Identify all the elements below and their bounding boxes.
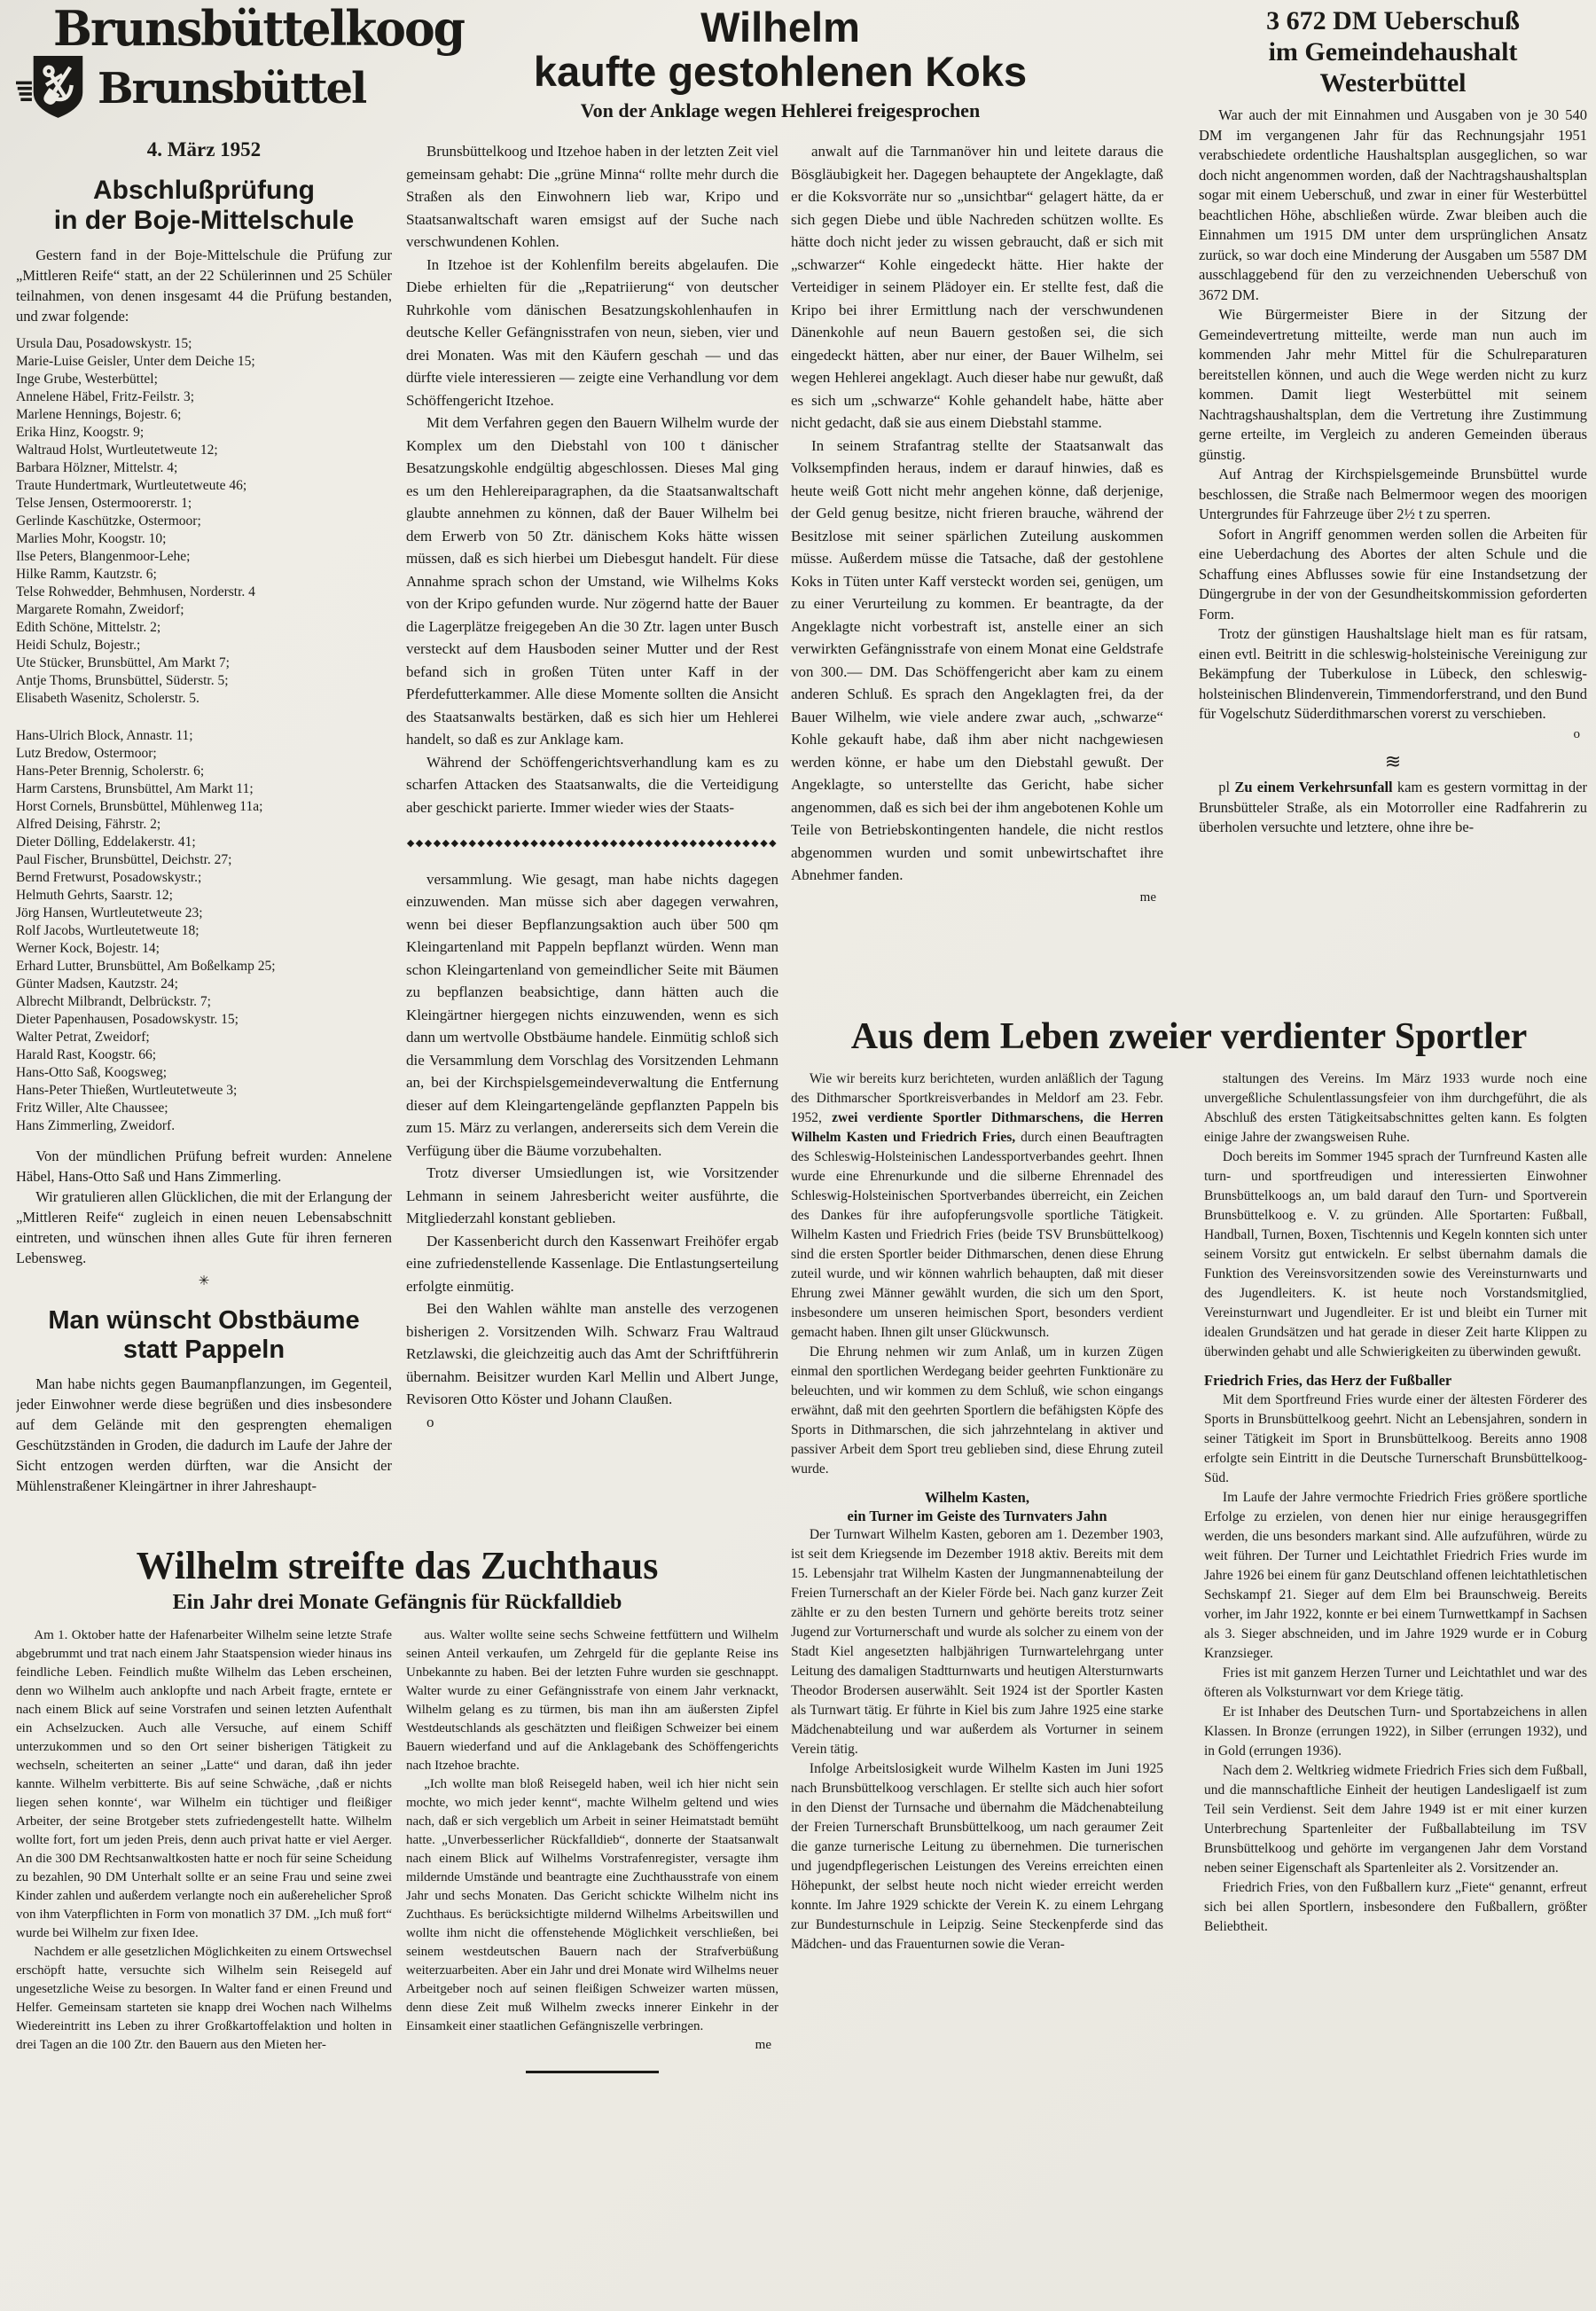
body-paragraph: Trotz der günstigen Haushaltslage hielt … bbox=[1199, 624, 1587, 725]
body-paragraph: In Itzehoe ist der Kohlenfilm bereits ab… bbox=[406, 254, 778, 412]
masthead-title-line1: Brunsbüttelkoog bbox=[16, 3, 397, 57]
graduate-name: Marlies Mohr, Koogstr. 10; bbox=[16, 530, 392, 548]
graduate-name: Günter Madsen, Kautzstr. 24; bbox=[16, 975, 392, 993]
body-paragraph: Während der Schöffengerichtsverhandlung … bbox=[406, 751, 778, 819]
bottom-rule bbox=[526, 2071, 659, 2073]
diamond-divider: ◆◆◆◆◆◆◆◆◆◆◆◆◆◆◆◆◆◆◆◆◆◆◆◆◆◆◆◆◆◆◆◆◆◆◆◆◆◆◆◆… bbox=[406, 833, 778, 856]
sportler-column-right: staltungen des Vereins. Im März 1933 wur… bbox=[1204, 1069, 1587, 1955]
body-paragraph: aus. Walter wollte seine sechs Schweine … bbox=[406, 1626, 778, 1775]
graduate-name: Dieter Dölling, Eddelakerstr. 41; bbox=[16, 834, 392, 851]
kasten-subhead: Wilhelm Kasten, ein Turner im Geiste des… bbox=[791, 1488, 1163, 1525]
body-paragraph: versammlung. Wie gesagt, man habe nichts… bbox=[406, 868, 778, 1163]
graduate-name: Margarete Romahn, Zweidorf; bbox=[16, 601, 392, 619]
graduate-name: Paul Fischer, Brunsbüttel, Deichstr. 27; bbox=[16, 851, 392, 869]
koks-headline-block: Wilhelm kaufte gestohlenen Koks Von der … bbox=[399, 5, 1162, 122]
graduate-name: Hans-Peter Brennig, Scholerstr. 6; bbox=[16, 763, 392, 780]
obstbaeume-headline-line1: Man wünscht Obstbäume bbox=[16, 1306, 392, 1336]
graduate-name: Ursula Dau, Posadowskystr. 15; bbox=[16, 335, 392, 353]
graduate-name: Gerlinde Kaschützke, Ostermoor; bbox=[16, 513, 392, 530]
westerbuettel-headline-line3: Westerbüttel bbox=[1199, 67, 1587, 98]
zuchthaus-headline: Wilhelm streifte das Zuchthaus bbox=[16, 1545, 778, 1587]
graduate-name: Edith Schöne, Mittelstr. 2; bbox=[16, 619, 392, 637]
body-paragraph: Fries ist mit ganzem Herzen Turner und L… bbox=[1204, 1664, 1587, 1703]
body-paragraph: Die Ehrung nehmen wir zum Anlaß, um in k… bbox=[791, 1343, 1163, 1479]
column-c-upper: anwalt auf die Tarnmanöver hin und leite… bbox=[791, 140, 1163, 1014]
article-westerbuettel: 3 672 DM Ueberschuß im Gemeindehaushalt … bbox=[1199, 5, 1587, 772]
body-paragraph: Nach dem 2. Weltkrieg widmete Friedrich … bbox=[1204, 1761, 1587, 1878]
graduate-name: Hans-Otto Saß, Koogsweg; bbox=[16, 1064, 392, 1082]
boje-headline-line1: Abschlußprüfung bbox=[16, 176, 392, 206]
body-paragraph: „Ich wollte man bloß Reisegeld haben, we… bbox=[406, 1775, 778, 2036]
anchor-and-shovel-crest-icon bbox=[16, 51, 92, 125]
body-paragraph: Mit dem Sportfreund Fries wurde einer de… bbox=[1204, 1391, 1587, 1488]
westerbuettel-headline-line1: 3 672 DM Ueberschuß bbox=[1199, 5, 1587, 36]
body-paragraph: In seinem Strafantrag stellte der Staats… bbox=[791, 435, 1163, 887]
column-d-upper: 3 672 DM Ueberschuß im Gemeindehaushalt … bbox=[1199, 5, 1587, 1016]
article-boje: Abschlußprüfung in der Boje-Mittelschule… bbox=[16, 176, 392, 1292]
brief-lead: Zu einem Verkehrsunfall bbox=[1234, 779, 1392, 795]
graduate-name: Traute Hundertmark, Wurtleutetweute 46; bbox=[16, 477, 392, 495]
fries-subhead: Friedrich Fries, das Herz der Fußballer bbox=[1204, 1371, 1587, 1391]
body-paragraph: o bbox=[406, 1411, 778, 1434]
body-paragraph: Der Turnwart Wilhelm Kasten, geboren am … bbox=[791, 1525, 1163, 1759]
koks-headline-line2: kaufte gestohlenen Koks bbox=[399, 50, 1162, 94]
graduate-name: Hans Zimmerling, Zweidorf. bbox=[16, 1117, 392, 1135]
graduate-name: Bernd Fretwurst, Posadowskystr.; bbox=[16, 869, 392, 887]
westerbuettel-headline-line2: im Gemeindehaushalt bbox=[1199, 36, 1587, 67]
graduate-name: Annelene Häbel, Fritz-Feilstr. 3; bbox=[16, 388, 392, 406]
graduate-name: Ute Stücker, Brunsbüttel, Am Markt 7; bbox=[16, 654, 392, 672]
issue-date: 4. März 1952 bbox=[16, 138, 392, 161]
article-obstbaeume-start: Man wünscht Obstbäume statt Pappeln Man … bbox=[16, 1306, 392, 1496]
graduate-name: Marie-Luise Geisler, Unter dem Deiche 15… bbox=[16, 353, 392, 371]
graduate-name: Antje Thoms, Brunsbüttel, Süderstr. 5; bbox=[16, 672, 392, 690]
graduate-name: Inge Grube, Westerbüttel; bbox=[16, 371, 392, 388]
graduate-name: Ilse Peters, Blangenmoor-Lehe; bbox=[16, 548, 392, 566]
graduate-name: Helmuth Gehrts, Saarstr. 12; bbox=[16, 887, 392, 905]
body-paragraph: Wie Bürgermeister Biere in der Sitzung d… bbox=[1199, 305, 1587, 465]
body-paragraph: War auch der mit Einnahmen und Ausgaben … bbox=[1199, 106, 1587, 305]
boje-released: Von der mündlichen Prüfung befreit wurde… bbox=[16, 1146, 392, 1187]
masthead: Brunsbüttelkoog bbox=[16, 4, 397, 133]
graduate-name: Harm Carstens, Brunsbüttel, Am Markt 11; bbox=[16, 780, 392, 798]
graduate-name: Heidi Schulz, Bojestr.; bbox=[16, 637, 392, 654]
graduate-name: Waltraud Holst, Wurtleutetweute 12; bbox=[16, 442, 392, 459]
body-paragraph: Mit dem Verfahren gegen den Bauern Wilhe… bbox=[406, 411, 778, 751]
graduate-name: Dieter Papenhausen, Posadowskystr. 15; bbox=[16, 1011, 392, 1029]
article-koks-col2: anwalt auf die Tarnmanöver hin und leite… bbox=[791, 140, 1163, 887]
graduate-name: Marlene Hennings, Bojestr. 6; bbox=[16, 406, 392, 424]
graduate-name: Harald Rast, Koogstr. 66; bbox=[16, 1046, 392, 1064]
body-paragraph: staltungen des Vereins. Im März 1933 wur… bbox=[1204, 1069, 1587, 1148]
graduate-name: Telse Jensen, Ostermoorerstr. 1; bbox=[16, 495, 392, 513]
boje-headline-line2: in der Boje-Mittelschule bbox=[16, 206, 392, 236]
masthead-title-line2: Brunsbüttel bbox=[98, 64, 365, 114]
article-sportler: Aus dem Leben zweier verdienter Sportler… bbox=[791, 1016, 1587, 2311]
column-b-upper: Brunsbüttelkoog und Itzehoe haben in der… bbox=[406, 140, 778, 1541]
end-ornament: ✳ bbox=[16, 1272, 392, 1292]
zuchthaus-column-right: aus. Walter wollte seine sechs Schweine … bbox=[406, 1626, 778, 2073]
article-endmark: me bbox=[406, 2036, 778, 2055]
news-brief-verkehrsunfall: pl Zu einem Verkehrsunfall kam es gester… bbox=[1199, 778, 1587, 838]
graduate-name: Erika Hinz, Koogstr. 9; bbox=[16, 424, 392, 442]
graduate-name: Jörg Hansen, Wurtleutetweute 23; bbox=[16, 905, 392, 922]
body-paragraph: Nachdem er alle gesetzlichen Möglichkeit… bbox=[16, 1943, 392, 2055]
obstbaeume-headline-line2: statt Pappeln bbox=[16, 1336, 392, 1365]
article-obstbaeume-continued: versammlung. Wie gesagt, man habe nichts… bbox=[406, 868, 778, 1434]
body-paragraph: Infolge Arbeitslosigkeit wurde Wilhelm K… bbox=[791, 1759, 1163, 1955]
boje-girls-list: Ursula Dau, Posadowskystr. 15;Marie-Luis… bbox=[16, 335, 392, 708]
boje-intro: Gestern fand in der Boje-Mittelschule di… bbox=[16, 245, 392, 326]
body-paragraph: Brunsbüttelkoog und Itzehoe haben in der… bbox=[406, 140, 778, 254]
body-paragraph: Der Kassenbericht durch den Kassenwart F… bbox=[406, 1230, 778, 1298]
article-endmark: o bbox=[1199, 725, 1587, 745]
graduate-name: Elisabeth Wasenitz, Scholerstr. 5. bbox=[16, 690, 392, 708]
body-paragraph: Doch bereits im Sommer 1945 sprach der T… bbox=[1204, 1148, 1587, 1362]
graduate-name: Alfred Deising, Fährstr. 2; bbox=[16, 816, 392, 834]
body-paragraph: Am 1. Oktober hatte der Hafenarbeiter Wi… bbox=[16, 1626, 392, 1943]
graduate-name: Werner Kock, Bojestr. 14; bbox=[16, 940, 392, 958]
body-paragraph: anwalt auf die Tarnmanöver hin und leite… bbox=[791, 140, 1163, 435]
body-paragraph: Sofort in Angriff genommen werden sollen… bbox=[1199, 525, 1587, 625]
newspaper-page: Brunsbüttelkoog bbox=[0, 0, 1596, 2311]
graduate-name: Albrecht Milbrandt, Delbrückstr. 7; bbox=[16, 993, 392, 1011]
column-a-upper: Abschlußprüfung in der Boje-Mittelschule… bbox=[16, 163, 392, 1543]
brief-prefix: pl bbox=[1218, 779, 1230, 795]
graduate-name: Walter Petrat, Zweidorf; bbox=[16, 1029, 392, 1046]
body-paragraph: Er ist Inhaber des Deutschen Turn- und S… bbox=[1204, 1703, 1587, 1761]
graduate-name: Barbara Hölzner, Mittelstr. 4; bbox=[16, 459, 392, 477]
zuchthaus-column-left: Am 1. Oktober hatte der Hafenarbeiter Wi… bbox=[16, 1626, 392, 2073]
zuchthaus-subhead: Ein Jahr drei Monate Gefängnis für Rückf… bbox=[16, 1589, 778, 1616]
body-paragraph: Bei den Wahlen wählte man anstelle des v… bbox=[406, 1297, 778, 1411]
sportler-column-left: Wie wir bereits kurz berichteten, wurden… bbox=[791, 1069, 1163, 1955]
graduate-name: Telse Rohwedder, Behmhusen, Norderstr. 4 bbox=[16, 584, 392, 601]
boje-boys-list: Hans-Ulrich Block, Annastr. 11;Lutz Bred… bbox=[16, 727, 392, 1135]
graduate-name: Fritz Willer, Alte Chaussee; bbox=[16, 1100, 392, 1117]
article-endmark: me bbox=[791, 887, 1163, 910]
graduate-name: Erhard Lutter, Brunsbüttel, Am Boßelkamp… bbox=[16, 958, 392, 975]
graduate-name: Hilke Ramm, Kautzstr. 6; bbox=[16, 566, 392, 584]
article-zuchthaus: Wilhelm streifte das Zuchthaus Ein Jahr … bbox=[16, 1545, 778, 2311]
body-paragraph: Friedrich Fries, von den Fußballern kurz… bbox=[1204, 1878, 1587, 1937]
graduate-name: Horst Cornels, Brunsbüttel, Mühlenweg 11… bbox=[16, 798, 392, 816]
body-paragraph: Auf Antrag der Kirchspielsgemeinde Bruns… bbox=[1199, 465, 1587, 525]
obstbaeume-part1: Man habe nichts gegen Baumanpflanzungen,… bbox=[16, 1374, 392, 1496]
body-paragraph: Trotz diverser Umsiedlungen ist, wie Vor… bbox=[406, 1162, 778, 1230]
body-paragraph: Im Laufe der Jahre vermochte Friedrich F… bbox=[1204, 1488, 1587, 1664]
graduate-name: Hans-Peter Thießen, Wurtleutetweute 3; bbox=[16, 1082, 392, 1100]
sportler-headline: Aus dem Leben zweier verdienter Sportler bbox=[791, 1016, 1587, 1057]
boje-congrats: Wir gratulieren allen Glücklichen, die m… bbox=[16, 1187, 392, 1268]
koks-headline-line1: Wilhelm bbox=[399, 5, 1162, 50]
squiggle-divider: ≋ bbox=[1199, 751, 1587, 772]
graduate-name: Hans-Ulrich Block, Annastr. 11; bbox=[16, 727, 392, 745]
graduate-name: Lutz Bredow, Ostermoor; bbox=[16, 745, 392, 763]
koks-subhead: Von der Anklage wegen Hehlerei freigespr… bbox=[399, 99, 1162, 122]
body-paragraph: Wie wir bereits kurz berichteten, wurden… bbox=[791, 1069, 1163, 1343]
article-koks-col1: Brunsbüttelkoog und Itzehoe haben in der… bbox=[406, 140, 778, 819]
graduate-name: Rolf Jacobs, Wurtleutetweute 18; bbox=[16, 922, 392, 940]
